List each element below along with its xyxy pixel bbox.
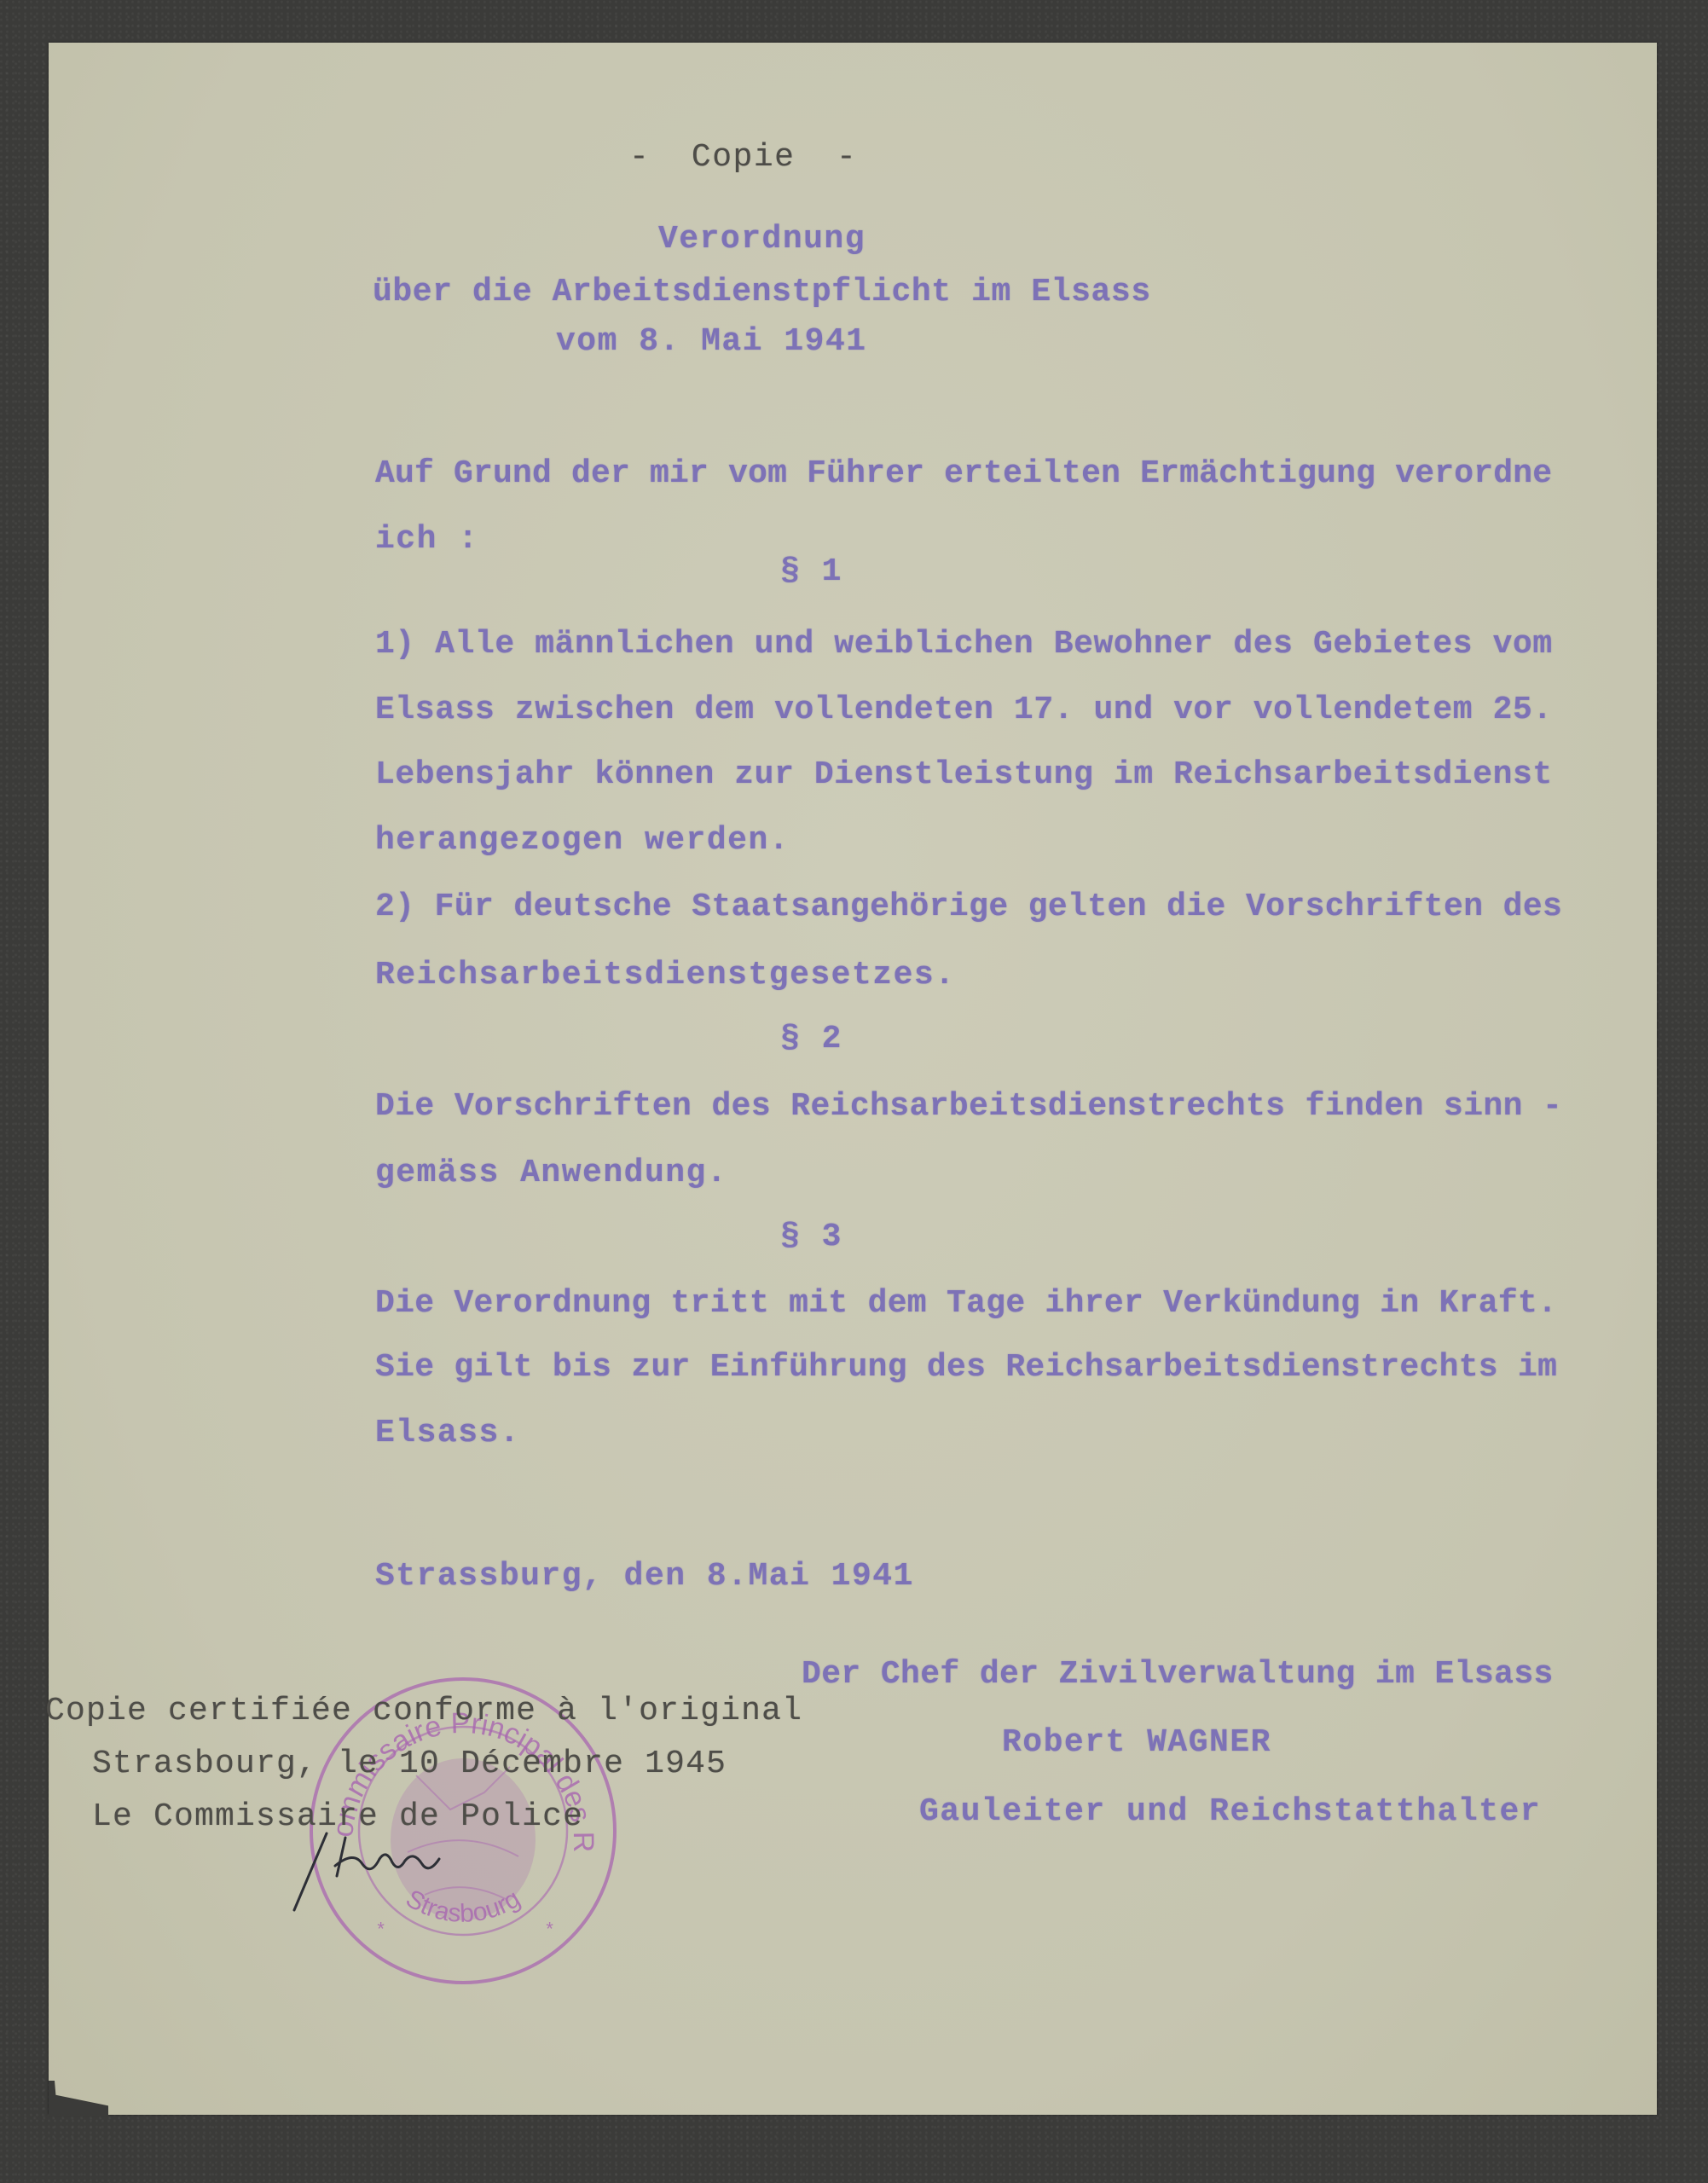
section-1-line-4: herangezogen werden. bbox=[375, 825, 790, 857]
section-1-line-1: 1) Alle männlichen und weiblichen Bewohn… bbox=[375, 628, 1553, 661]
svg-text:*: * bbox=[544, 1920, 555, 1942]
section-1-line-2: Elsass zwischen dem vollendeten 17. und … bbox=[375, 694, 1553, 727]
title-line-3: vom 8. Mai 1941 bbox=[556, 326, 867, 358]
preamble-line-1: Auf Grund der mir vom Führer erteilten E… bbox=[375, 458, 1552, 490]
signatory-name: Robert WAGNER bbox=[1002, 1727, 1271, 1759]
title-line-1: Verordnung bbox=[658, 223, 866, 256]
section-1-heading: § 1 bbox=[780, 556, 842, 588]
signatory-title: Gauleiter und Reichstatthalter bbox=[919, 1796, 1541, 1828]
signature-scribble-icon bbox=[286, 1825, 524, 1919]
certification-line-1: Copie certifiée conforme à l'original bbox=[45, 1695, 802, 1728]
signatory-office: Der Chef der Zivilverwaltung im Elsass bbox=[802, 1659, 1554, 1691]
section-1-line-6: Reichsarbeitsdienstgesetzes. bbox=[375, 959, 956, 992]
preamble-line-2: ich : bbox=[375, 524, 479, 556]
section-2-line-2: gemäss Anwendung. bbox=[375, 1157, 727, 1190]
section-3-line-3: Elsass. bbox=[375, 1417, 520, 1450]
section-2-line-1: Die Vorschriften des Reichsarbeitsdienst… bbox=[375, 1091, 1562, 1123]
place-date: Strassburg, den 8.Mai 1941 bbox=[375, 1561, 914, 1593]
svg-text:*: * bbox=[375, 1920, 386, 1942]
certification-line-2: Strasbourg, le 10 Décembre 1945 bbox=[92, 1748, 727, 1781]
section-2-heading: § 2 bbox=[780, 1023, 842, 1056]
title-line-2: über die Arbeitsdienstpflicht im Elsass bbox=[373, 276, 1151, 309]
section-1-line-3: Lebensjahr können zur Dienstleistung im … bbox=[375, 759, 1553, 791]
section-1-line-5: 2) Für deutsche Staatsangehörige gelten … bbox=[375, 891, 1562, 924]
section-3-line-2: Sie gilt bis zur Einführung des Reichsar… bbox=[375, 1352, 1557, 1384]
section-3-line-1: Die Verordnung tritt mit dem Tage ihrer … bbox=[375, 1288, 1557, 1320]
section-3-heading: § 3 bbox=[780, 1221, 842, 1254]
copy-header: - Copie - bbox=[629, 142, 857, 174]
